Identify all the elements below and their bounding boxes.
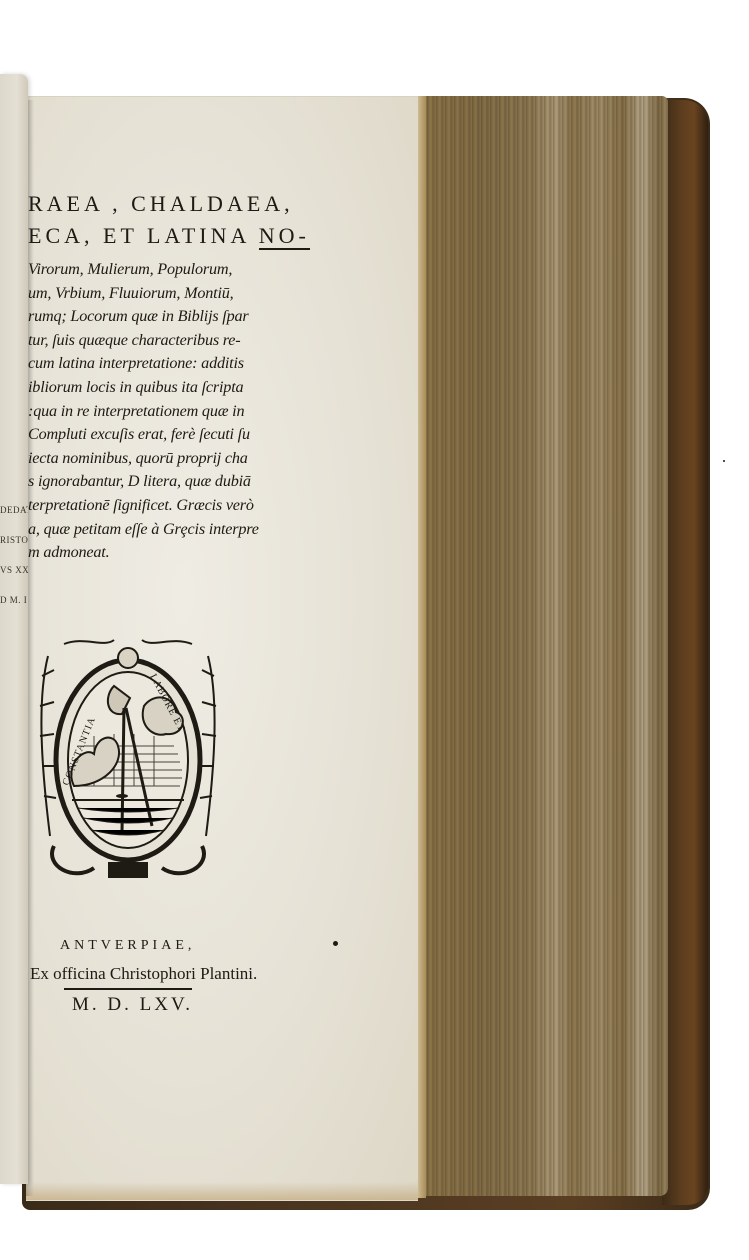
- imprint-city: ANTVERPIAE,: [60, 938, 280, 954]
- dust-speck: [723, 460, 725, 462]
- title-body: Virorum, Mulierum, Populorum, um, Vrbium…: [28, 258, 290, 565]
- body-line: m admoneat.: [28, 541, 290, 565]
- heading-text: RAEA , CHALDAEA,: [28, 191, 294, 216]
- body-line: rumq; Locorum quæ in Biblijs ſpar: [28, 305, 290, 329]
- ink-speck: [333, 941, 338, 946]
- body-line: :qua in re interpretationem quæ in: [28, 400, 290, 424]
- left-fragment: VS XXII: [0, 555, 28, 585]
- body-line: terpretationē ſignificet. Græcis verò: [28, 494, 290, 518]
- left-facing-page: [0, 74, 28, 1184]
- title-text-block: RAEA , CHALDAEA, ECA, ET LATINA NO- Viro…: [28, 188, 290, 565]
- body-line: a, quæ petitam eſſe à Grȩcis interpre: [28, 518, 290, 542]
- page-stain: [26, 1182, 418, 1200]
- imprint-rule: [64, 988, 192, 990]
- body-line: Compluti excuſis erat, ferè ſecuti ſu: [28, 423, 290, 447]
- body-line: tur, ſuis quæque characteribus re-: [28, 329, 290, 353]
- left-page-text-fragments: DEDAT RISTOP VS XXII D M. I: [0, 495, 28, 615]
- title-heading-line-1: RAEA , CHALDAEA,: [28, 188, 290, 220]
- book-binding-edge: [662, 100, 708, 1205]
- body-line: ibliorum locis in quibus ita ſcripta: [28, 376, 290, 400]
- title-heading-line-2: ECA, ET LATINA NO-: [28, 220, 290, 252]
- imprint-year: M. D. LXV.: [72, 994, 280, 1016]
- left-fragment: DEDAT: [0, 495, 28, 525]
- body-line: cum latina interpretatione: additis: [28, 352, 290, 376]
- page-block-fore-edge: [418, 96, 668, 1196]
- body-line: Virorum, Mulierum, Populorum,: [28, 258, 290, 282]
- body-line: iecta nominibus, quorū proprij cha: [28, 447, 290, 471]
- heading-underlined-text: NO-: [259, 223, 310, 250]
- compass-emblem-icon: CONSTANTIA LABORE ET: [34, 636, 222, 890]
- imprint-printer: Ex officina Christophori Plantini.: [30, 964, 280, 984]
- imprint-block: ANTVERPIAE, Ex officina Christophori Pla…: [30, 938, 280, 1016]
- body-line: um, Vrbium, Fluuiorum, Montiū,: [28, 282, 290, 306]
- printers-device-woodcut: CONSTANTIA LABORE ET: [34, 636, 222, 890]
- left-fragment: RISTOP: [0, 525, 28, 555]
- heading-text: ECA, ET LATINA: [28, 223, 259, 248]
- body-line: s ignorabantur, D litera, quæ dubiā: [28, 470, 290, 494]
- left-fragment: D M. I: [0, 585, 28, 615]
